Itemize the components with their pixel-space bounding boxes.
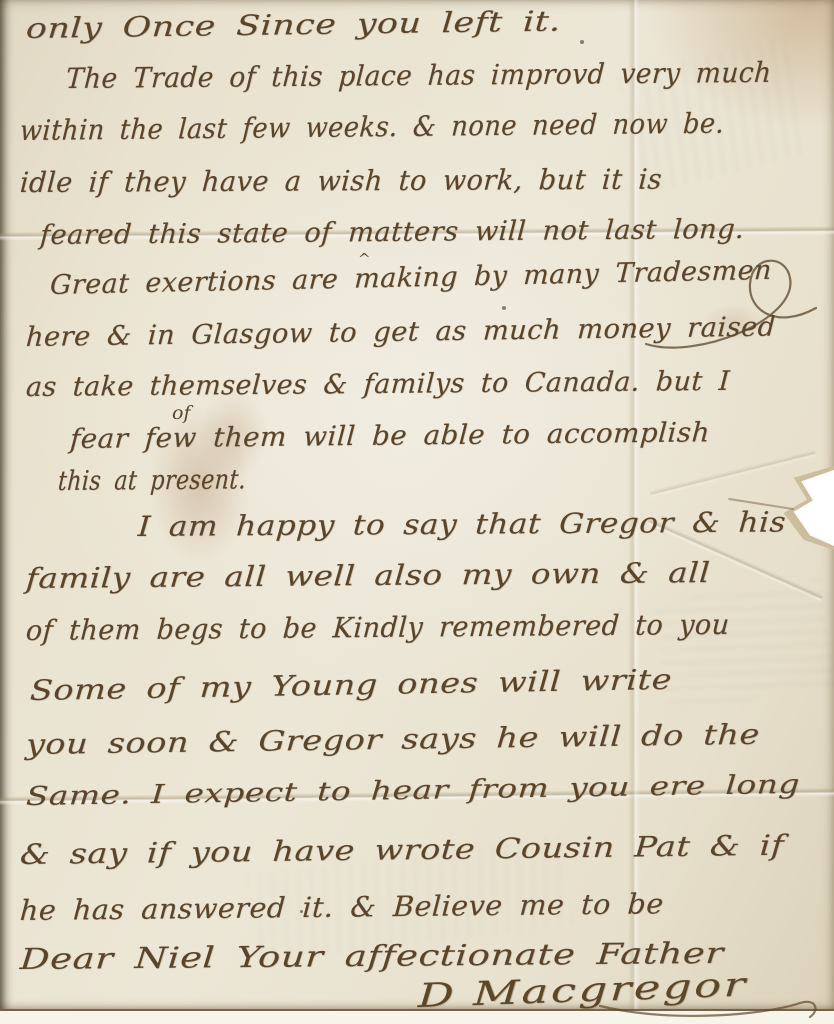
inserted-word-of: of [172,402,190,424]
letter-line: this at present. [57,464,247,497]
letter-line: he has answered it. & Believe me to be [19,887,665,927]
letter-line: I am happy to say that Gregor & his [137,505,787,543]
letter-line: as take themselves & familys to Canada. … [25,366,731,403]
scanned-letter-page: only Once Since you left it. The Trade o… [0,0,834,1024]
letter-line: of them begs to be Kindly remembered to … [25,608,731,647]
caret-insertion-mark: ^ [358,250,371,268]
letter-line: The Trade of this place has improvd very… [65,56,773,95]
ink-speck-1 [580,40,584,44]
ink-speck-2 [502,306,506,310]
letter-line: idle if they have a wish to work, but it… [19,163,663,199]
letter-line: family are all well also my own & all [25,556,711,595]
letter-line: feared this state of matters will not la… [39,214,745,251]
